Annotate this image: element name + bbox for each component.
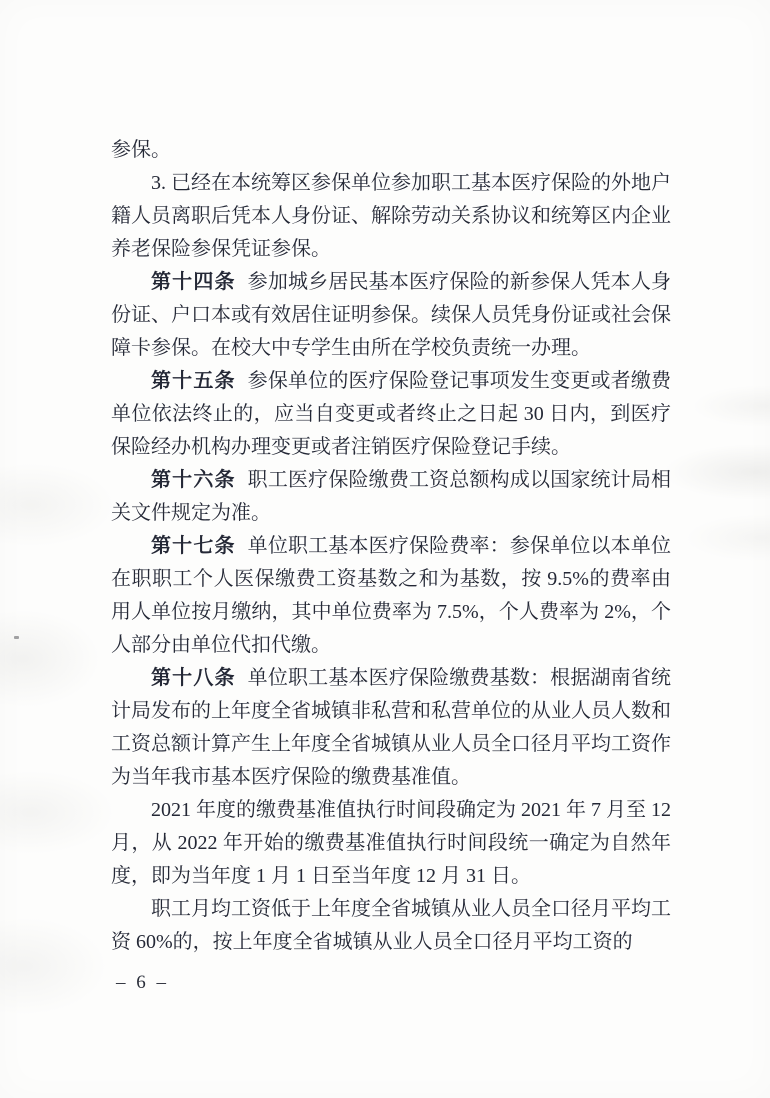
article-heading: 第十七条 [151,535,236,557]
paragraph: 第十四条参加城乡居民基本医疗保险的新参保人凭本人身份证、户口本或有效居住证明参保… [111,266,671,365]
scan-speck [14,636,19,639]
paragraph: 第十七条单位职工基本医疗保险费率：参保单位以本单位在职职工个人医保缴费工资基数之… [111,530,671,662]
article-heading: 第十六条 [151,469,236,491]
paragraph-text: 2021 年度的缴费基准值执行时间段确定为 2021 年 7 月至 12 月，从… [111,799,671,887]
paragraph-text: 参保。 [111,139,171,161]
article-heading: 第十八条 [151,667,236,689]
paragraph: 第十五条参保单位的医疗保险登记事项发生变更或者缴费单位依法终止的，应当自变更或者… [111,365,671,464]
paragraph: 职工月均工资低于上年度全省城镇从业人员全口径月平均工资 60%的，按上年度全省城… [111,893,671,959]
paragraph: 3. 已经在本统筹区参保单位参加职工基本医疗保险的外地户籍人员离职后凭本人身份证… [111,167,671,266]
paragraph: 2021 年度的缴费基准值执行时间段确定为 2021 年 7 月至 12 月，从… [111,794,671,893]
paragraph-text: 职工月均工资低于上年度全省城镇从业人员全口径月平均工资 60%的，按上年度全省城… [111,898,671,953]
article-heading: 第十四条 [151,271,236,293]
paragraph: 第十八条单位职工基本医疗保险缴费基数：根据湖南省统计局发布的上年度全省城镇非私营… [111,662,671,794]
scanned-document-page: 参保。 3. 已经在本统筹区参保单位参加职工基本医疗保险的外地户籍人员离职后凭本… [0,0,770,1098]
paragraph-text: 3. 已经在本统筹区参保单位参加职工基本医疗保险的外地户籍人员离职后凭本人身份证… [111,172,671,260]
paragraph: 第十六条职工医疗保险缴费工资总额构成以国家统计局相关文件规定为准。 [111,464,671,530]
document-text-block: 参保。 3. 已经在本统筹区参保单位参加职工基本医疗保险的外地户籍人员离职后凭本… [111,134,671,959]
article-heading: 第十五条 [151,370,236,392]
paragraph: 参保。 [111,134,671,167]
page-number: – 6 – [116,972,169,994]
